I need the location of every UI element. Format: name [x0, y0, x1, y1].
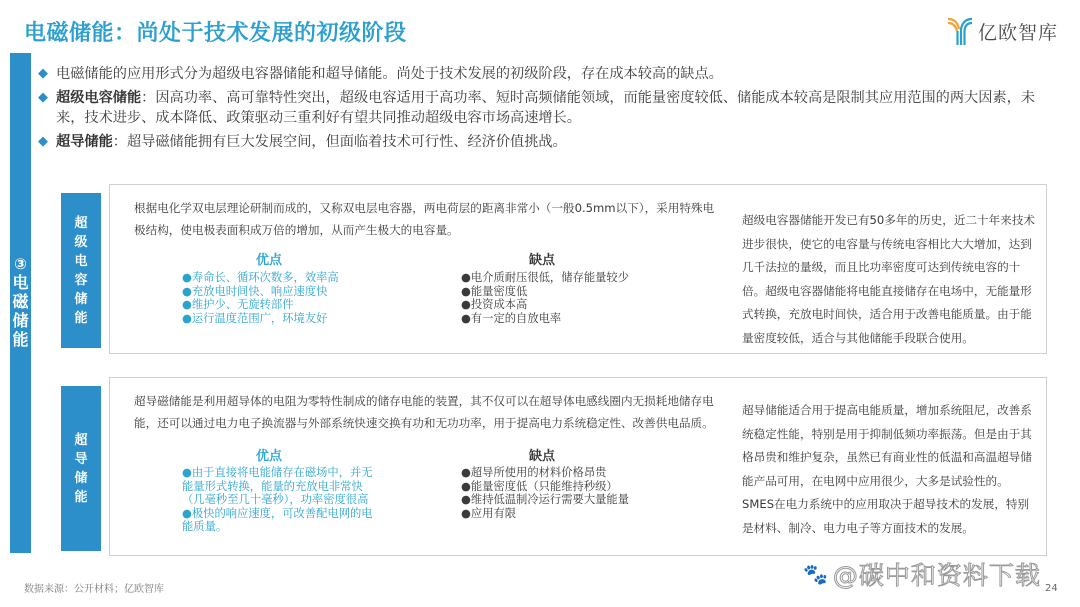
diamond-bullet-icon: ◆ [38, 132, 56, 152]
label-char: 导 [74, 450, 87, 469]
page-number: 24 [1045, 583, 1058, 594]
pros-title: 优点 [256, 445, 282, 464]
pros-list: ●寿命长、循环次数多，效率高 ●充放电时间快、响应速度快 ●维护少、无旋转部件 … [182, 271, 339, 325]
cons-item: ●维持低温制冷运行需要大量能量 [461, 493, 629, 507]
section-number: ③ [14, 256, 27, 273]
cons-item: ●应用有限 [461, 507, 629, 521]
card-side-note: 超级电容器储能开发已有50多年的历史，近二十年来技术进步很快，使它的电容量与传统… [742, 209, 1040, 350]
page-title: 电磁储能：尚处于技术发展的初级阶段 [24, 16, 407, 47]
label-char: 超 [74, 214, 87, 233]
label-char: 容 [74, 271, 87, 290]
pros-item: ●寿命长、循环次数多，效率高 [182, 271, 339, 285]
pros-item: 能质量。 [182, 520, 373, 534]
bullet-bold: 超级电容储能 [56, 90, 141, 106]
side-bar-char: 储 [12, 311, 28, 330]
baidu-paw-icon: 🐾 [803, 562, 829, 586]
label-char: 能 [74, 488, 87, 507]
pros-item: ●运行温度范围广，环境友好 [182, 312, 339, 326]
summary-bullet: ◆ 超级电容储能：因高功率、高可靠特性突出，超级电容适用于高功率、短时高频储能领… [38, 88, 1058, 128]
data-source: 数据来源：公开材料；亿欧智库 [24, 580, 164, 595]
yiou-y-logo-icon [945, 15, 975, 47]
cons-title: 缺点 [529, 445, 555, 464]
side-bar-char: 能 [12, 330, 28, 349]
pros-list: ●由于直接将电能储存在磁场中，并无 能量形式转换，能量的充放电非常快 （几毫秒至… [182, 466, 373, 534]
cons-item: ●超导所使用的材料价格昂贵 [461, 466, 629, 480]
side-bar-char: 磁 [12, 292, 28, 311]
cons-item: ●能量密度低（只能维持秒级） [461, 480, 629, 494]
summary-bullet: ◆ 超导储能：超导磁储能拥有巨大发展空间，但面临着技术可行性、经济价值挑战。 [38, 132, 1058, 152]
pros-item: ●由于直接将电能储存在磁场中，并无 [182, 466, 373, 480]
pros-item: ●极快的响应速度，可改善配电网的电 [182, 507, 373, 521]
pros-item: 能量形式转换，能量的充放电非常快 [182, 480, 373, 494]
pros-title: 优点 [256, 249, 282, 268]
summary-bullets: ◆ 电磁储能的应用形式分为超级电容器储能和超导储能。尚处于技术发展的初级阶段，存… [38, 64, 1058, 156]
watermark-text: @碳中和资料下载 [833, 556, 1041, 592]
label-superconducting: 超 导 储 能 [61, 386, 101, 551]
cons-item: ●电介质耐压很低，储存能量较少 [461, 271, 629, 285]
label-char: 储 [74, 290, 87, 309]
logo-text: 亿欧智库 [978, 18, 1058, 45]
card-side-note: 超导储能适合用于提高电能质量，增加系统阻尼，改善系统稳定性能，特别是用于抑制低频… [742, 399, 1040, 540]
label-char: 电 [74, 252, 87, 271]
cons-title: 缺点 [529, 249, 555, 268]
cons-item: ●有一定的自放电率 [461, 312, 629, 326]
label-supercapacitor: 超 级 电 容 储 能 [61, 193, 101, 348]
cons-list: ●电介质耐压很低，储存能量较少 ●能量密度低 ●投资成本高 ●有一定的自放电率 [461, 271, 629, 325]
label-char: 级 [74, 233, 87, 252]
label-char: 超 [74, 431, 87, 450]
bullet-text: 电磁储能的应用形式分为超级电容器储能和超导储能。尚处于技术发展的初级阶段，存在成… [56, 66, 723, 82]
bullet-text: ：因高功率、高可靠特性突出，超级电容适用于高功率、短时高频储能领域，而能量密度较… [56, 90, 1035, 126]
pros-item: ●维护少、无旋转部件 [182, 298, 339, 312]
watermark: 🐾 @碳中和资料下载 [803, 556, 1041, 592]
logo: 亿欧智库 [945, 15, 1058, 47]
bullet-text: ：超导磁储能拥有巨大发展空间，但面临着技术可行性、经济价值挑战。 [113, 134, 567, 150]
cons-item: ●能量密度低 [461, 285, 629, 299]
label-char: 能 [74, 309, 87, 328]
cons-item: ●投资成本高 [461, 298, 629, 312]
label-char: 储 [74, 469, 87, 488]
card-description: 根据电化学双电层理论研制而成的，又称双电层电容器，两电荷层的距离非常小（一般0.… [134, 197, 724, 241]
diamond-bullet-icon: ◆ [38, 88, 56, 128]
bullet-bold: 超导储能 [56, 134, 113, 150]
section-side-bar: ③ 电 磁 储 能 [10, 53, 31, 553]
summary-bullet: ◆ 电磁储能的应用形式分为超级电容器储能和超导储能。尚处于技术发展的初级阶段，存… [38, 64, 1058, 84]
pros-item: ●充放电时间快、响应速度快 [182, 285, 339, 299]
card-description: 超导磁储能是利用超导体的电阻为零特性制成的储存电能的装置，其不仅可以在超导体电感… [134, 390, 724, 434]
diamond-bullet-icon: ◆ [38, 64, 56, 84]
card-supercapacitor: 根据电化学双电层理论研制而成的，又称双电层电容器，两电荷层的距离非常小（一般0.… [109, 184, 1047, 354]
side-bar-char: 电 [12, 273, 28, 292]
cons-list: ●超导所使用的材料价格昂贵 ●能量密度低（只能维持秒级） ●维持低温制冷运行需要… [461, 466, 629, 520]
pros-item: （几毫秒至几十毫秒），功率密度很高 [182, 493, 373, 507]
card-superconducting: 超导磁储能是利用超导体的电阻为零特性制成的储存电能的装置，其不仅可以在超导体电感… [109, 377, 1047, 556]
